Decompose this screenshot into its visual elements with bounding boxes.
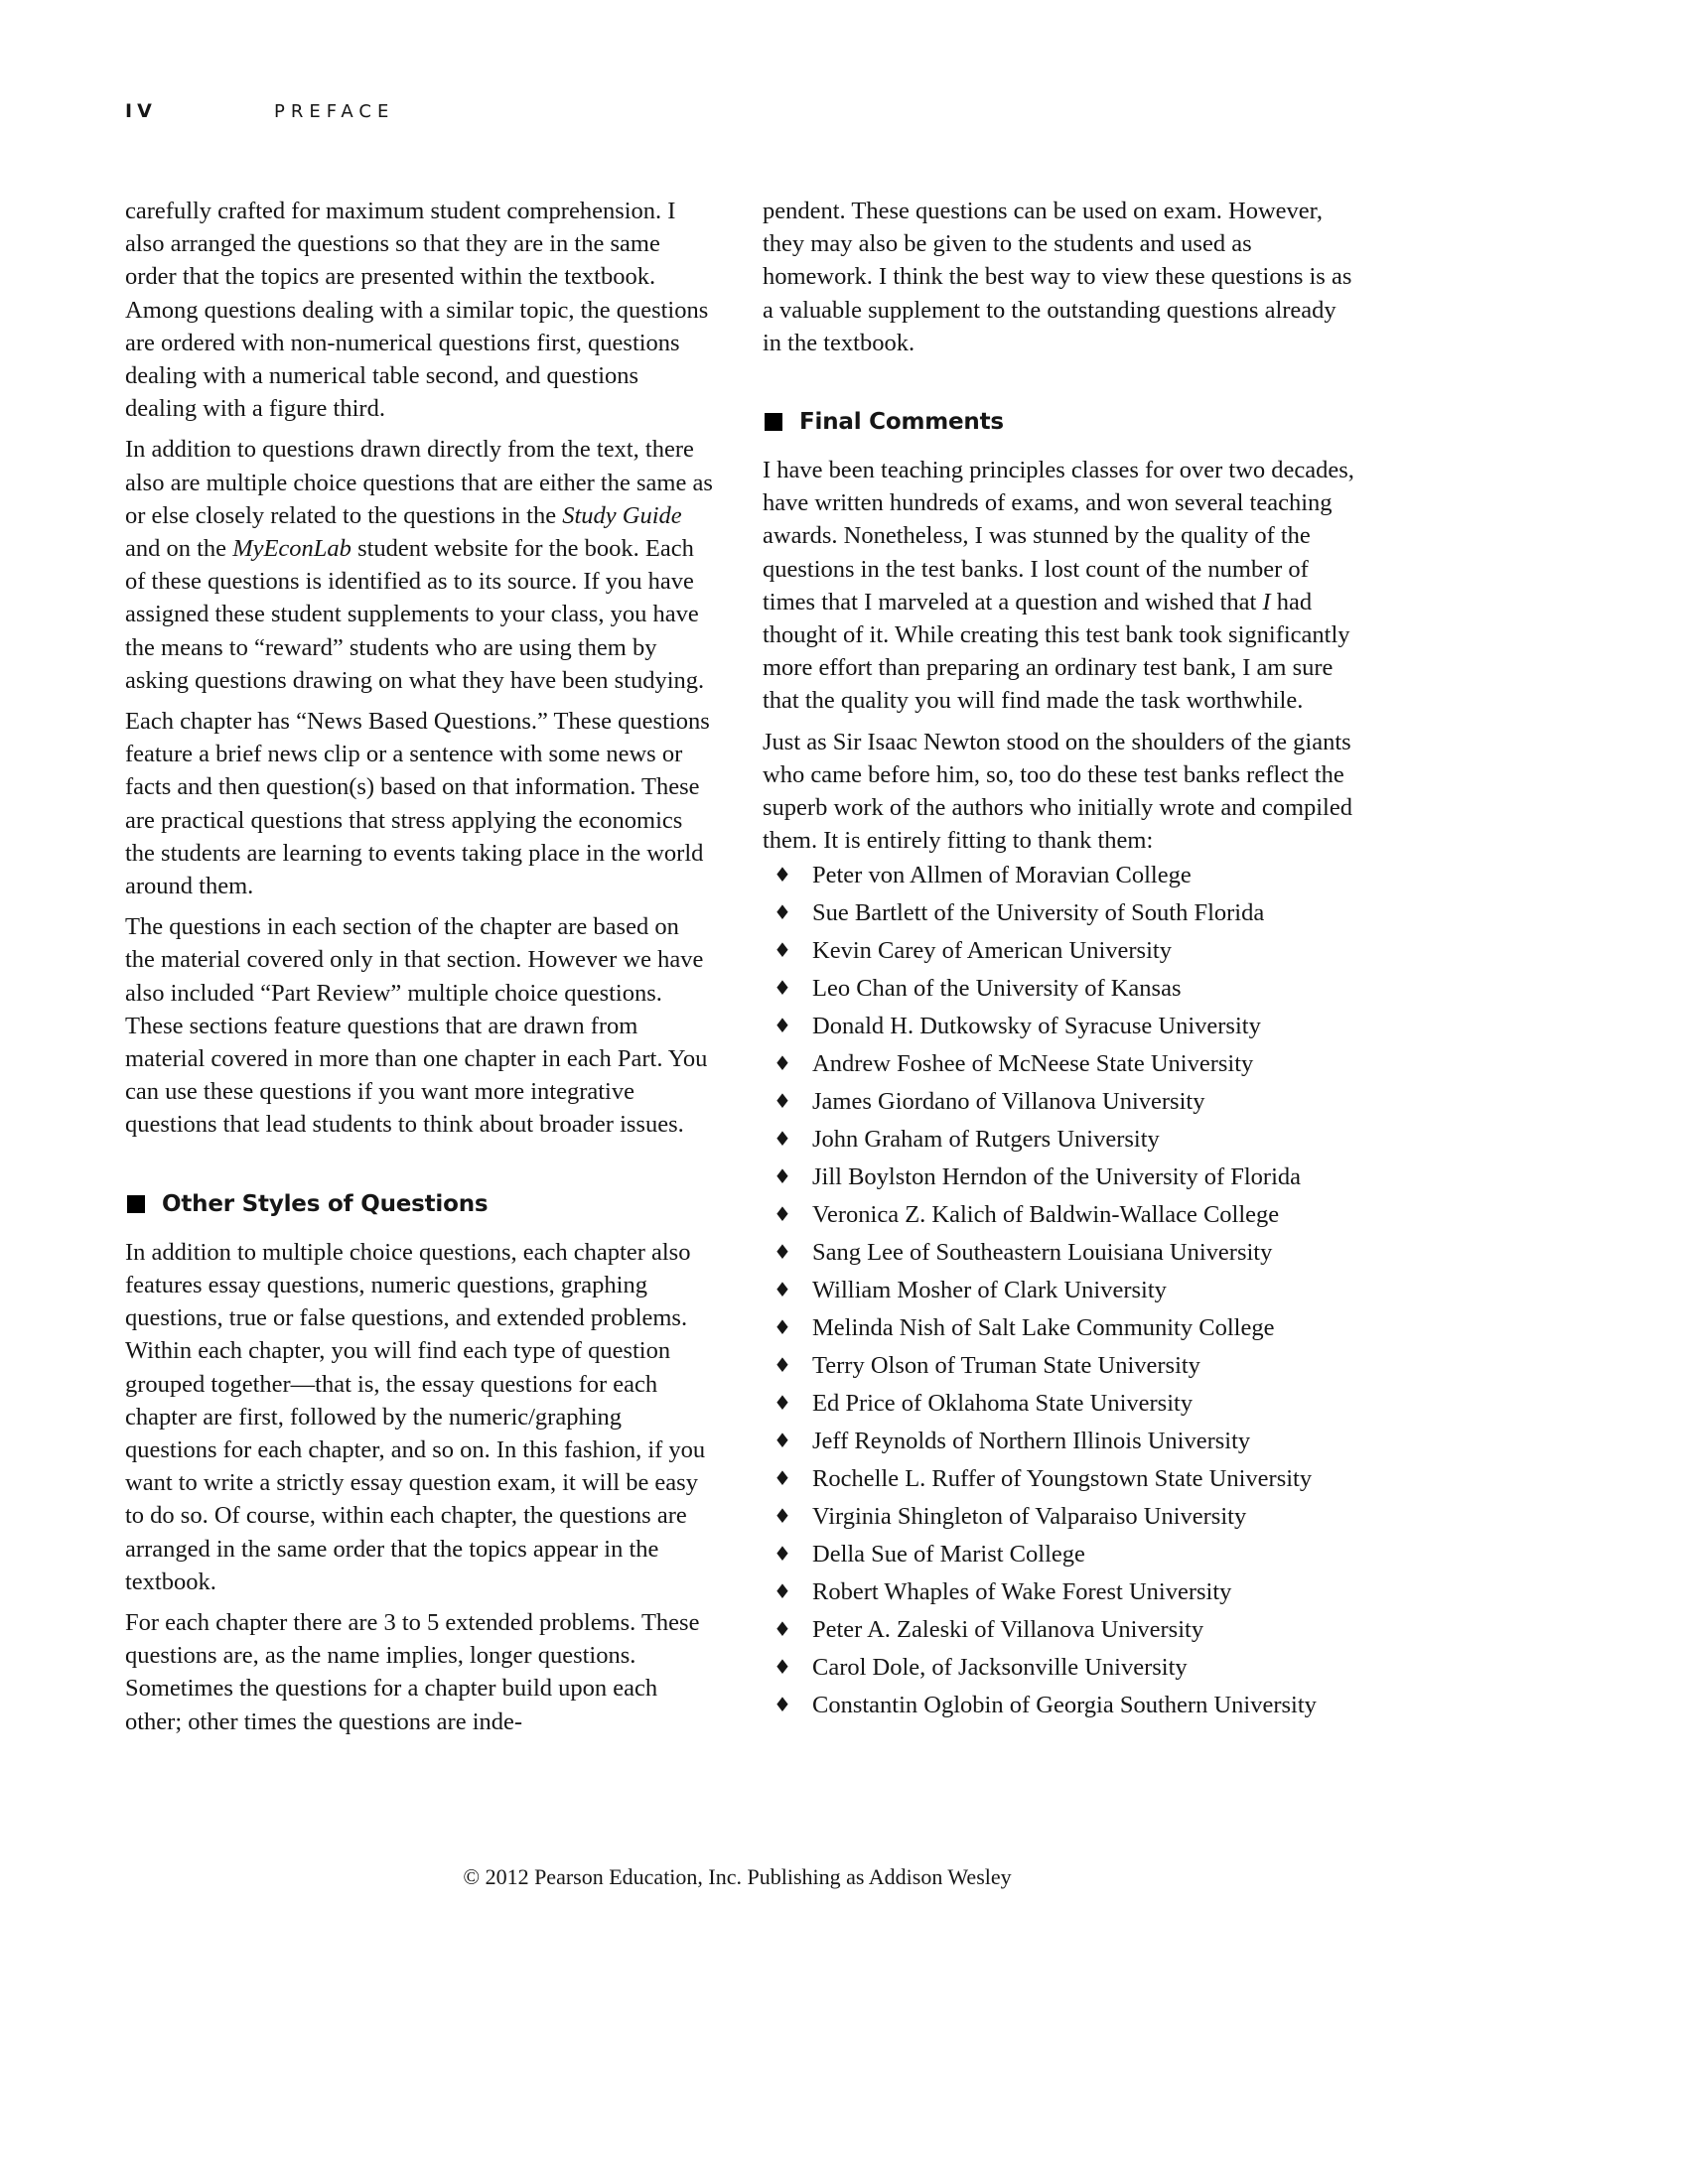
- myeconlab-title: MyEconLab: [232, 535, 352, 562]
- diamond-bullet-icon: ♦: [774, 1425, 791, 1457]
- square-bullet-icon: [127, 1195, 145, 1213]
- list-item: ♦Robert Whaples of Wake Forest Universit…: [763, 1575, 1354, 1608]
- diamond-bullet-icon: ♦: [774, 1160, 791, 1193]
- square-bullet-icon: [765, 413, 782, 431]
- list-item: ♦Kevin Carey of American University: [763, 934, 1354, 967]
- diamond-bullet-icon: ♦: [774, 1123, 791, 1156]
- acknowledgment-text: Robert Whaples of Wake Forest University: [812, 1578, 1231, 1605]
- diamond-bullet-icon: ♦: [774, 934, 791, 967]
- list-item: ♦Donald H. Dutkowsky of Syracuse Univers…: [763, 1010, 1354, 1042]
- diamond-bullet-icon: ♦: [774, 1651, 791, 1684]
- diamond-bullet-icon: ♦: [774, 1311, 791, 1344]
- copyright-footer: © 2012 Pearson Education, Inc. Publishin…: [0, 1864, 1475, 1890]
- acknowledgment-text: John Graham of Rutgers University: [812, 1126, 1160, 1153]
- diamond-bullet-icon: ♦: [774, 1236, 791, 1269]
- diamond-bullet-icon: ♦: [774, 1613, 791, 1646]
- list-item: ♦Peter von Allmen of Moravian College: [763, 859, 1354, 891]
- acknowledgment-text: William Mosher of Clark University: [812, 1277, 1167, 1303]
- diamond-bullet-icon: ♦: [774, 1462, 791, 1495]
- diamond-bullet-icon: ♦: [774, 1500, 791, 1533]
- list-item: ♦Sang Lee of Southeastern Louisiana Univ…: [763, 1236, 1354, 1269]
- list-item: ♦Carol Dole, of Jacksonville University: [763, 1651, 1354, 1684]
- acknowledgments-list: ♦Peter von Allmen of Moravian College♦Su…: [763, 859, 1354, 1721]
- paragraph: carefully crafted for maximum student co…: [125, 195, 713, 425]
- paragraph: The questions in each section of the cha…: [125, 910, 713, 1141]
- diamond-bullet-icon: ♦: [774, 1349, 791, 1382]
- acknowledgment-text: Ed Price of Oklahoma State University: [812, 1390, 1193, 1417]
- paragraph: Just as Sir Isaac Newton stood on the sh…: [763, 726, 1354, 858]
- diamond-bullet-icon: ♦: [774, 1047, 791, 1080]
- diamond-bullet-icon: ♦: [774, 1689, 791, 1721]
- diamond-bullet-icon: ♦: [774, 1085, 791, 1118]
- acknowledgment-text: Carol Dole, of Jacksonville University: [812, 1654, 1188, 1681]
- running-head-title: PREFACE: [274, 101, 394, 122]
- diamond-bullet-icon: ♦: [774, 1274, 791, 1306]
- acknowledgment-text: Peter von Allmen of Moravian College: [812, 862, 1192, 888]
- list-item: ♦Veronica Z. Kalich of Baldwin-Wallace C…: [763, 1198, 1354, 1231]
- paragraph: In addition to multiple choice questions…: [125, 1236, 713, 1598]
- acknowledgment-text: James Giordano of Villanova University: [812, 1088, 1204, 1115]
- paragraph: In addition to questions drawn directly …: [125, 433, 713, 697]
- acknowledgment-text: Donald H. Dutkowsky of Syracuse Universi…: [812, 1013, 1261, 1039]
- acknowledgment-text: Andrew Foshee of McNeese State Universit…: [812, 1050, 1253, 1077]
- acknowledgment-text: Della Sue of Marist College: [812, 1541, 1085, 1568]
- list-item: ♦Leo Chan of the University of Kansas: [763, 972, 1354, 1005]
- list-item: ♦James Giordano of Villanova University: [763, 1085, 1354, 1118]
- diamond-bullet-icon: ♦: [774, 859, 791, 891]
- list-item: ♦Ed Price of Oklahoma State University: [763, 1387, 1354, 1420]
- diamond-bullet-icon: ♦: [774, 1538, 791, 1570]
- document-page: IV PREFACE carefully crafted for maximum…: [0, 0, 1688, 2184]
- list-item: ♦Peter A. Zaleski of Villanova Universit…: [763, 1613, 1354, 1646]
- section-heading-other-styles: Other Styles of Questions: [125, 1189, 713, 1219]
- paragraph: For each chapter there are 3 to 5 extend…: [125, 1606, 713, 1738]
- acknowledgment-text: Virginia Shingleton of Valparaiso Univer…: [812, 1503, 1246, 1530]
- diamond-bullet-icon: ♦: [774, 972, 791, 1005]
- diamond-bullet-icon: ♦: [774, 1010, 791, 1042]
- acknowledgment-text: Rochelle L. Ruffer of Youngstown State U…: [812, 1465, 1312, 1492]
- right-column: pendent. These questions can be used on …: [763, 195, 1354, 1726]
- list-item: ♦Melinda Nish of Salt Lake Community Col…: [763, 1311, 1354, 1344]
- acknowledgment-text: Sue Bartlett of the University of South …: [812, 899, 1264, 926]
- diamond-bullet-icon: ♦: [774, 896, 791, 929]
- list-item: ♦Della Sue of Marist College: [763, 1538, 1354, 1570]
- acknowledgment-text: Kevin Carey of American University: [812, 937, 1172, 964]
- list-item: ♦Andrew Foshee of McNeese State Universi…: [763, 1047, 1354, 1080]
- paragraph: I have been teaching principles classes …: [763, 454, 1354, 718]
- list-item: ♦William Mosher of Clark University: [763, 1274, 1354, 1306]
- acknowledgment-text: Constantin Oglobin of Georgia Southern U…: [812, 1692, 1317, 1718]
- diamond-bullet-icon: ♦: [774, 1198, 791, 1231]
- acknowledgment-text: Jeff Reynolds of Northern Illinois Unive…: [812, 1428, 1250, 1454]
- list-item: ♦Terry Olson of Truman State University: [763, 1349, 1354, 1382]
- paragraph: pendent. These questions can be used on …: [763, 195, 1354, 359]
- acknowledgment-text: Melinda Nish of Salt Lake Community Coll…: [812, 1314, 1274, 1341]
- acknowledgment-text: Leo Chan of the University of Kansas: [812, 975, 1182, 1002]
- list-item: ♦Virginia Shingleton of Valparaiso Unive…: [763, 1500, 1354, 1533]
- diamond-bullet-icon: ♦: [774, 1387, 791, 1420]
- list-item: ♦Jill Boylston Herndon of the University…: [763, 1160, 1354, 1193]
- list-item: ♦Jeff Reynolds of Northern Illinois Univ…: [763, 1425, 1354, 1457]
- list-item: ♦John Graham of Rutgers University: [763, 1123, 1354, 1156]
- section-heading-final-comments: Final Comments: [763, 407, 1354, 437]
- list-item: ♦Constantin Oglobin of Georgia Southern …: [763, 1689, 1354, 1721]
- acknowledgment-text: Veronica Z. Kalich of Baldwin-Wallace Co…: [812, 1201, 1279, 1228]
- page-number: IV: [125, 100, 157, 122]
- diamond-bullet-icon: ♦: [774, 1575, 791, 1608]
- acknowledgment-text: Sang Lee of Southeastern Louisiana Unive…: [812, 1239, 1272, 1266]
- list-item: ♦Sue Bartlett of the University of South…: [763, 896, 1354, 929]
- study-guide-title: Study Guide: [562, 502, 681, 529]
- acknowledgment-text: Terry Olson of Truman State University: [812, 1352, 1200, 1379]
- acknowledgment-text: Peter A. Zaleski of Villanova University: [812, 1616, 1203, 1643]
- left-column: carefully crafted for maximum student co…: [125, 195, 713, 1746]
- list-item: ♦Rochelle L. Ruffer of Youngstown State …: [763, 1462, 1354, 1495]
- acknowledgment-text: Jill Boylston Herndon of the University …: [812, 1163, 1301, 1190]
- paragraph: Each chapter has “News Based Questions.”…: [125, 705, 713, 902]
